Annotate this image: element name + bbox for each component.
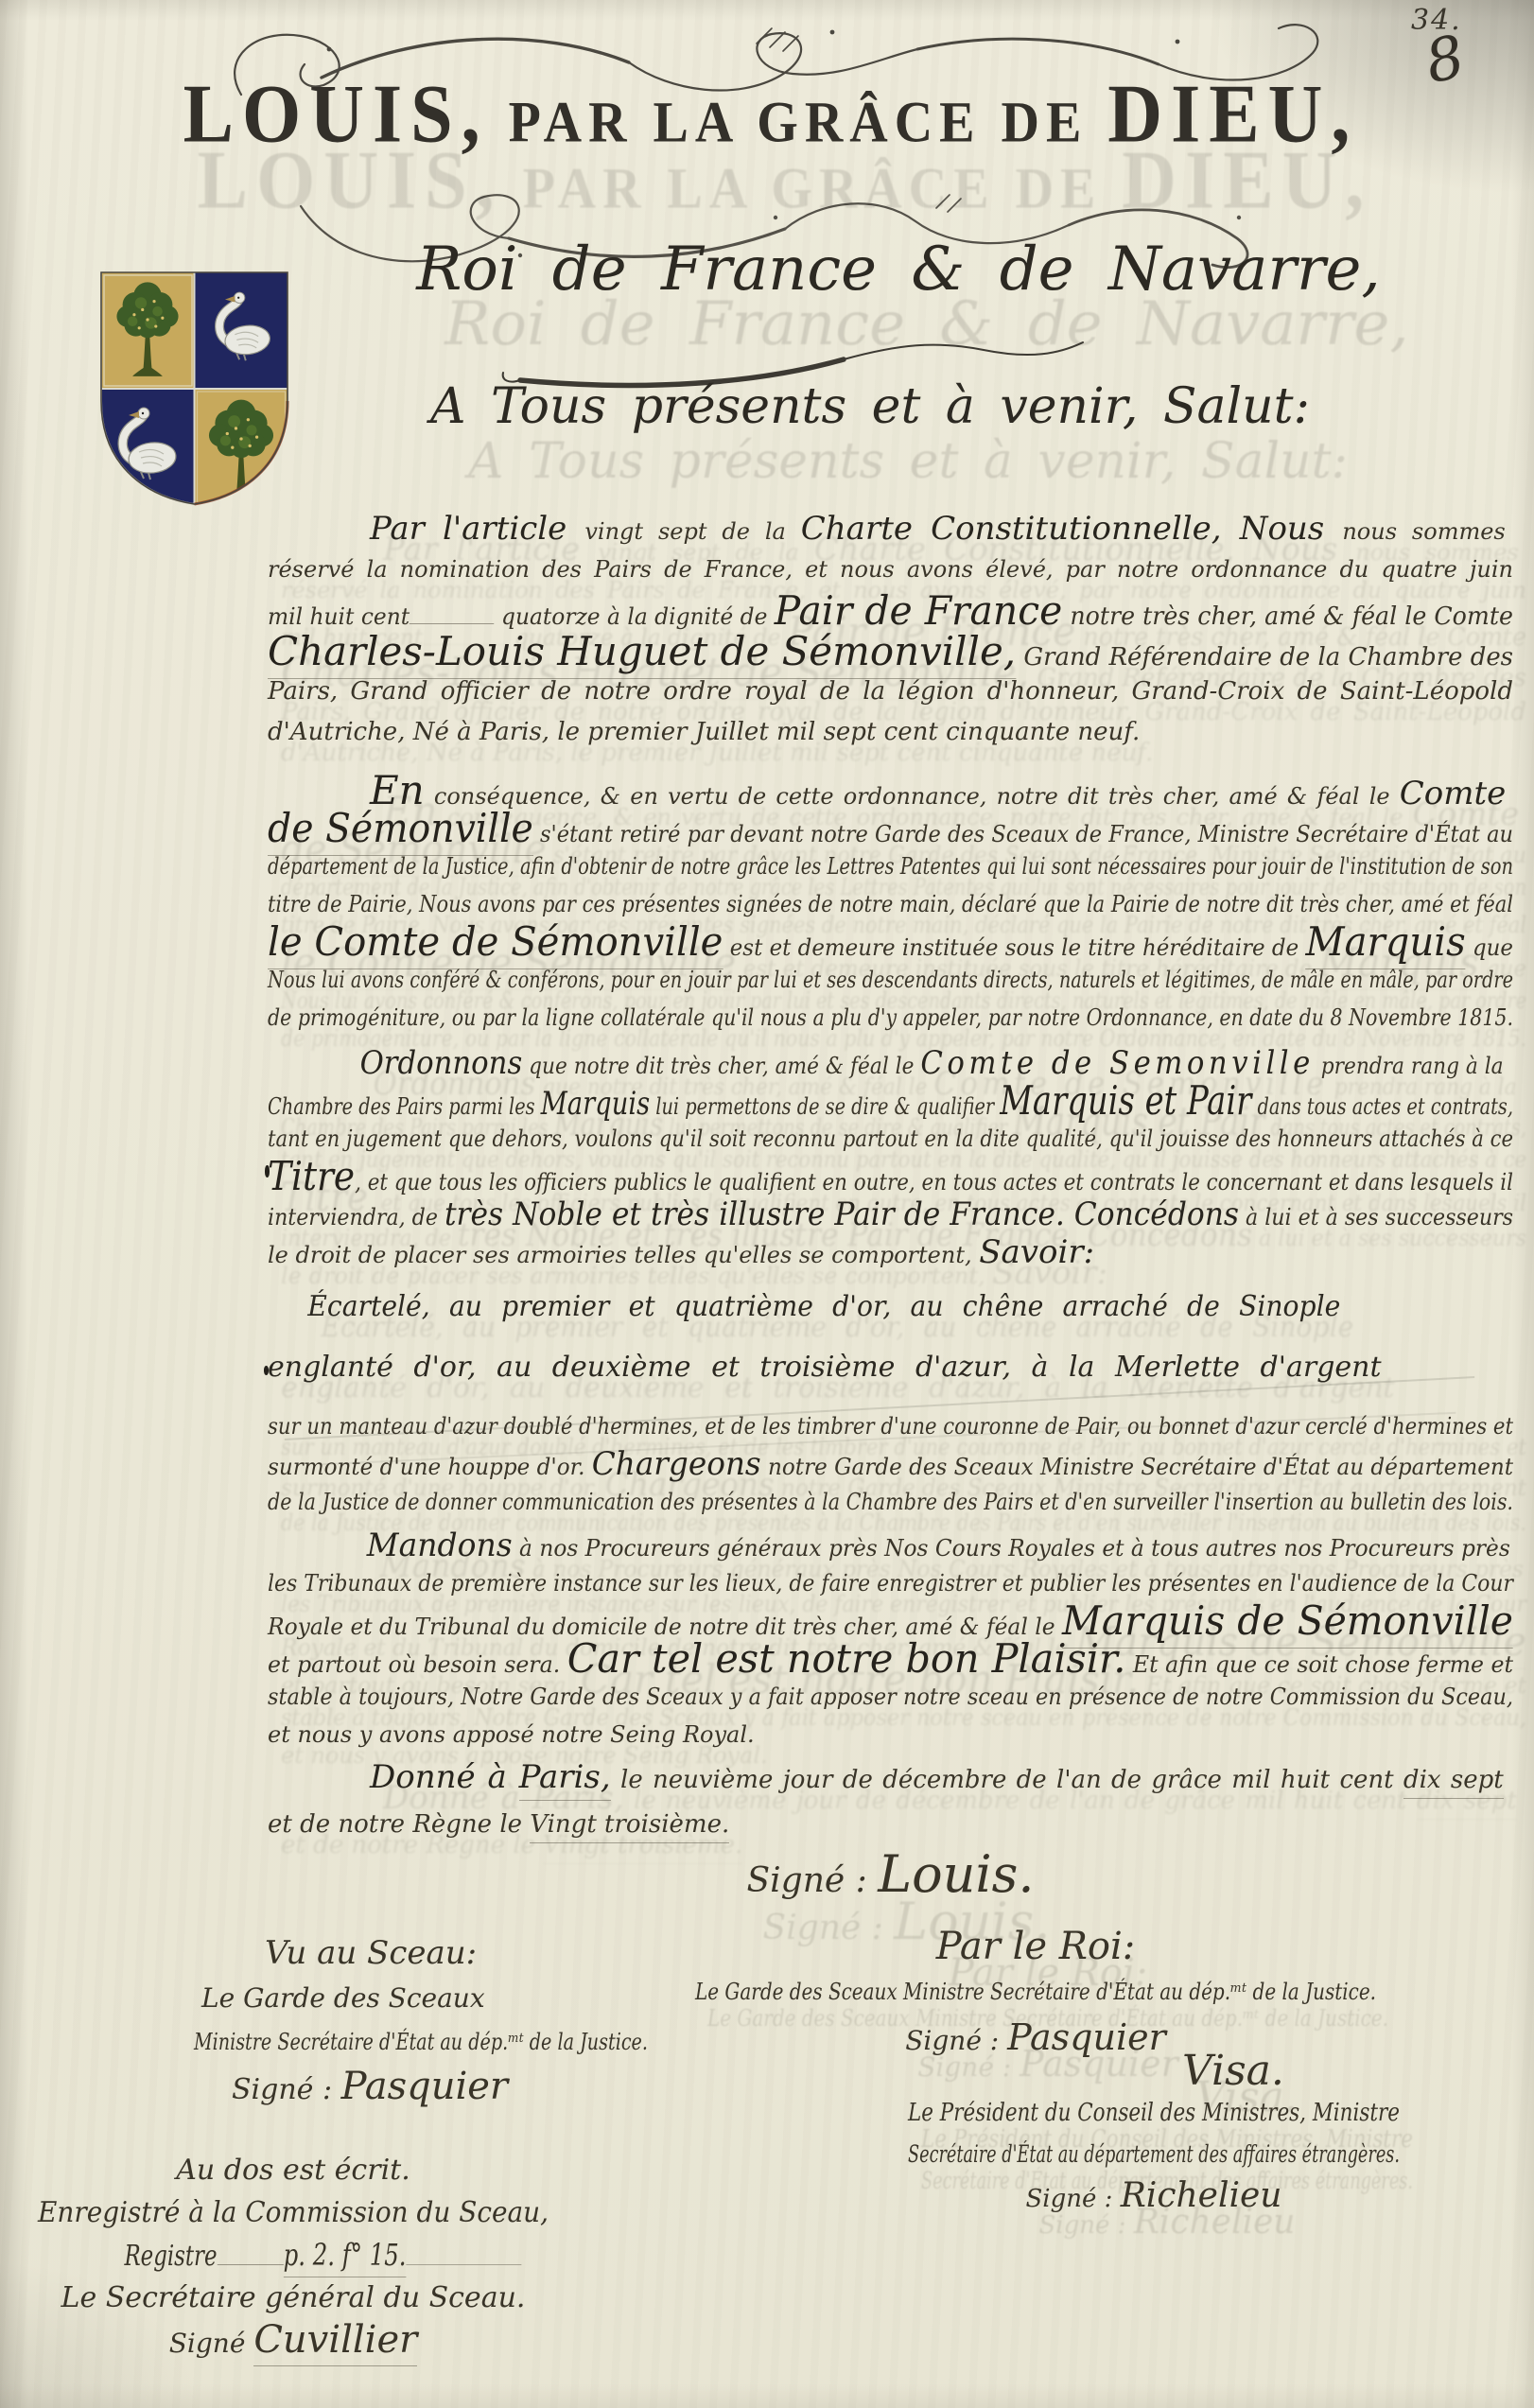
- registration-block: Au dos est écrit.Enregistré à la Commiss…: [38, 2149, 549, 2362]
- seal-left-column: Vu au Sceau:Le Garde des SceauxMinistre …: [194, 1931, 648, 2109]
- title-par-la-grace: PAR LA GRÂCE DE: [489, 91, 1108, 155]
- bleed-through-ghost: A Tous présents et à venir, Salut:: [340, 433, 1475, 490]
- coat-of-arms: [93, 267, 296, 511]
- title-louis: LOUIS,: [183, 69, 489, 161]
- manuscript-body: Par l'article vingt sept de la Charte Co…: [268, 509, 1513, 1861]
- visa-block: Visa.Le Président du Conseil des Ministr…: [908, 2050, 1400, 2217]
- paragraph-ordonnons: Ordonnons que notre dit très cher, amé &…: [268, 1044, 1513, 1271]
- paragraph-mandons: Mandons à nos Procureurs généraux près N…: [268, 1527, 1513, 1754]
- dateline: Donné à Paris, le neuvième jour de décem…: [268, 1754, 1513, 1848]
- blazon-lines: Écartelé, au premier et quatrième d'or, …: [268, 1277, 1513, 1398]
- paragraph-institution: En conséquence, & en vertu de cette ordo…: [268, 772, 1513, 1037]
- royal-title: LOUIS, PAR LA GRÂCE DE DIEU,: [142, 67, 1400, 162]
- royal-signature-louis: Signé : Louis.: [268, 1846, 1513, 1903]
- subtitle-roi-de-france: Roi de France & de Navarre,: [312, 235, 1485, 305]
- title-dieu: DIEU,: [1107, 69, 1358, 161]
- salutation-line: A Tous présents et à venir, Salut:: [303, 378, 1438, 435]
- king-right-column: Par le Roi:Le Garde des Sceaux Ministre …: [695, 1924, 1376, 2060]
- paragraph-preamble: Par l'article vingt sept de la Charte Co…: [268, 509, 1513, 753]
- manuscript-page: 34. 8 LOUIS, PAR LA GRÂCE DE DIEU, LOUIS…: [0, 0, 1534, 2408]
- paragraph-chargeons: sur un manteau d'azur doublé d'hermines,…: [268, 1407, 1513, 1521]
- folio-mark: 8: [1420, 22, 1471, 97]
